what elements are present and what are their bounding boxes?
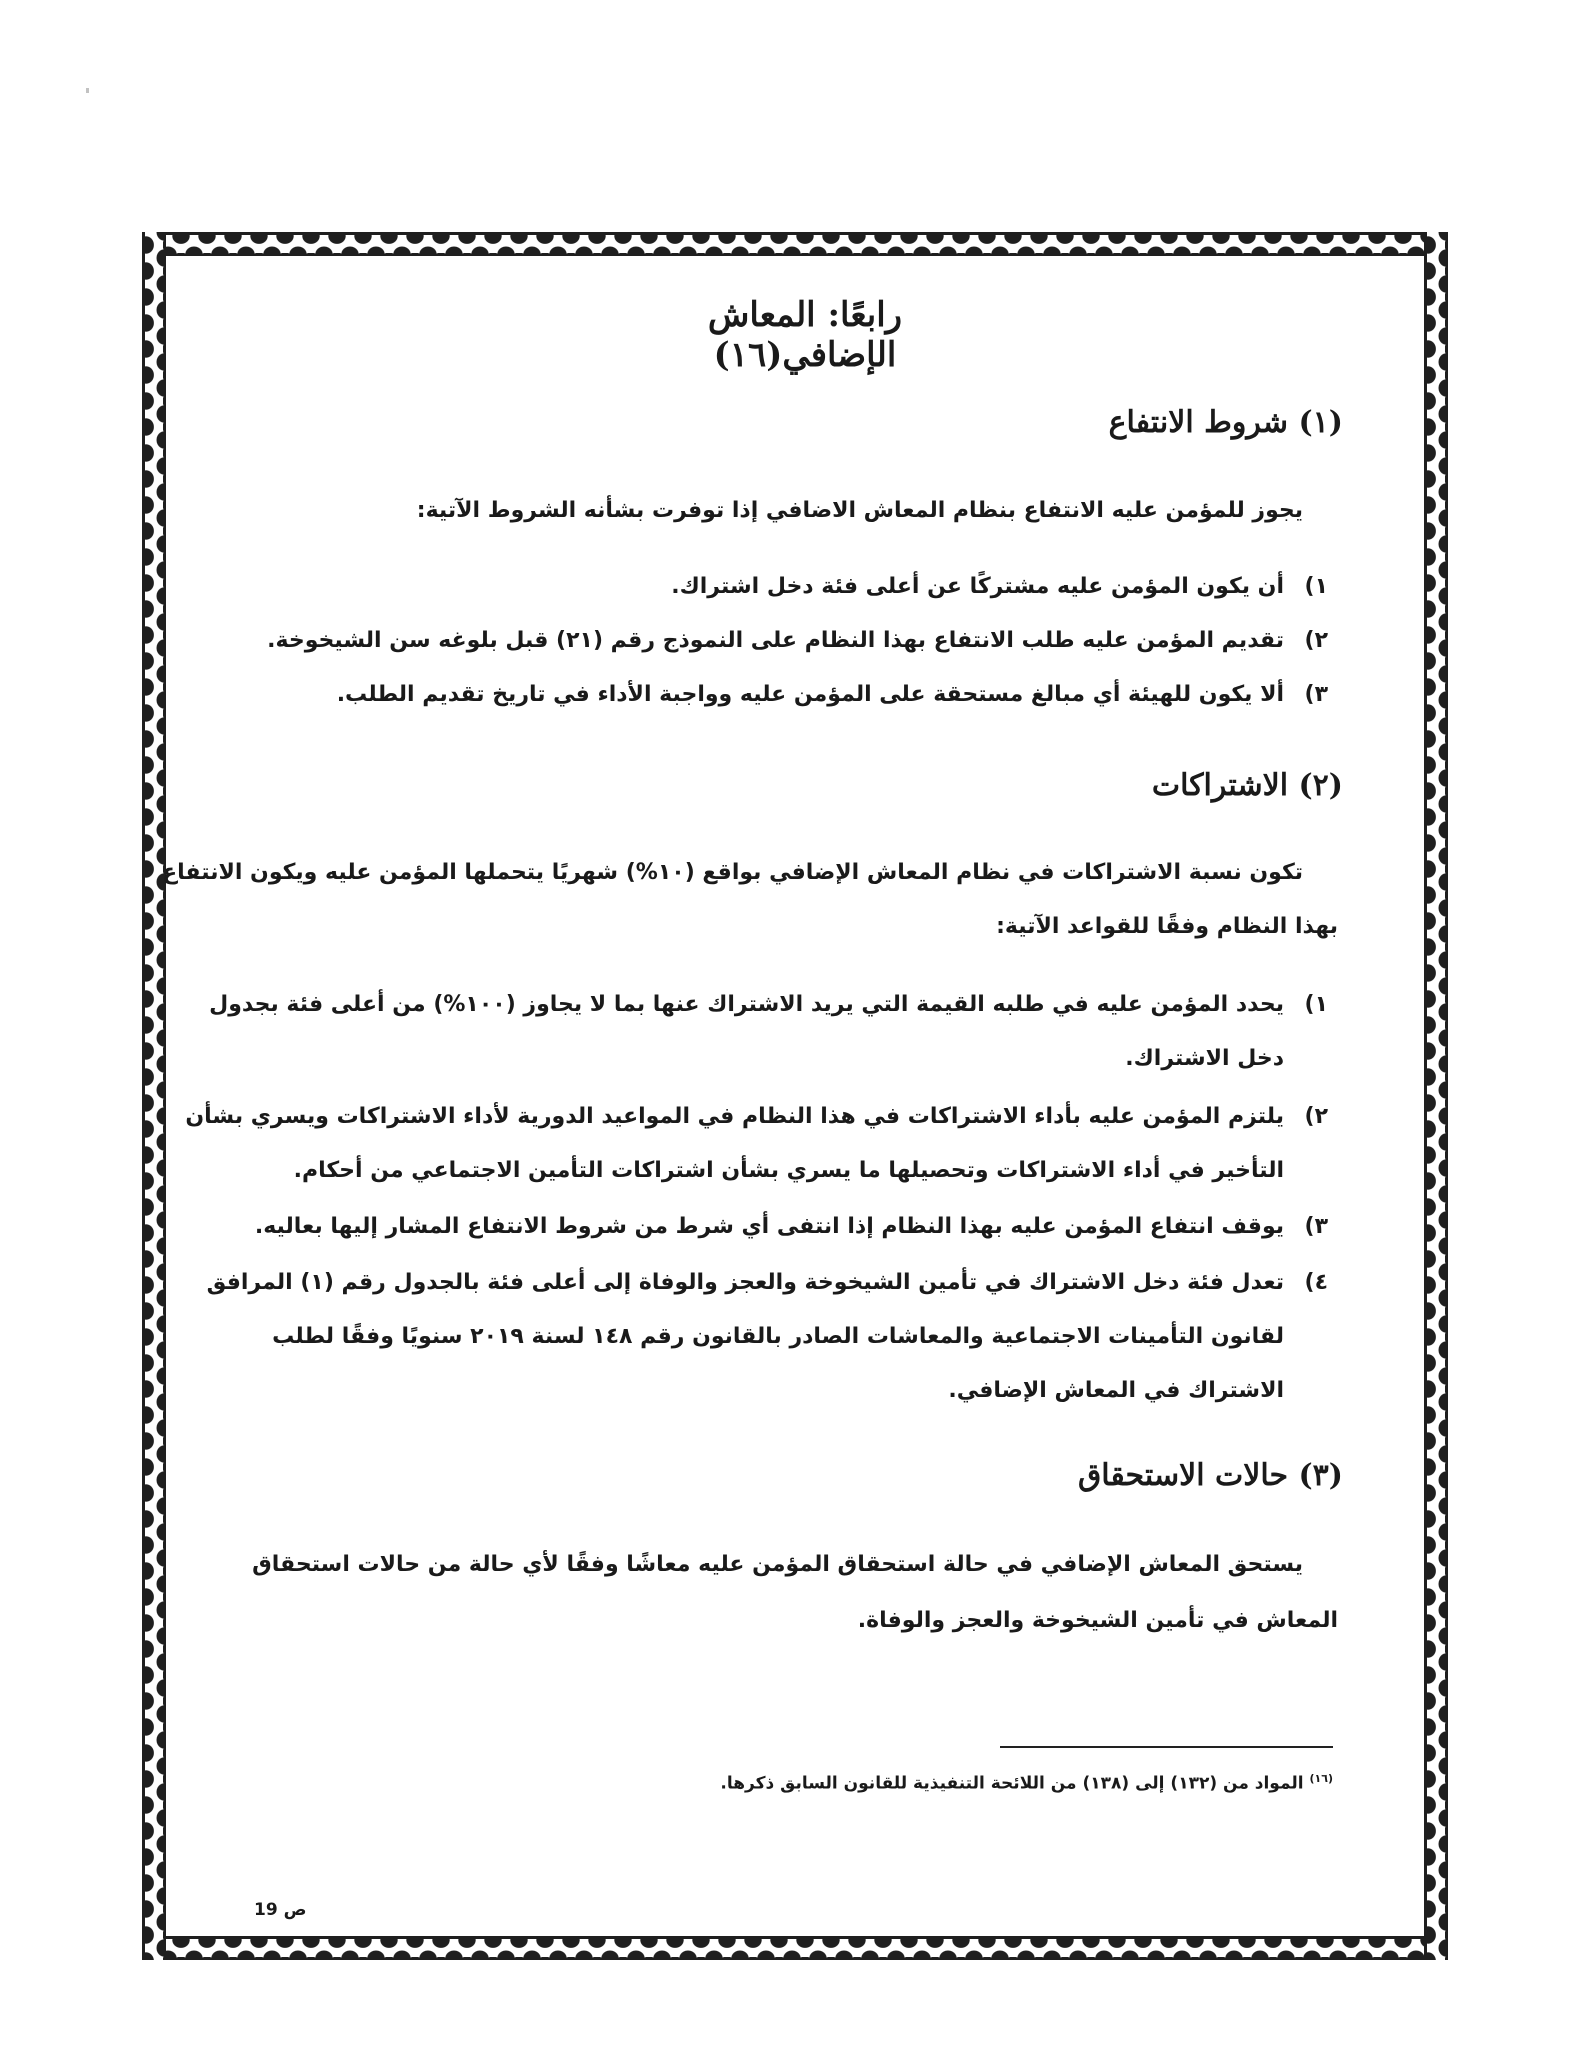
contributions-item-1: ١)يحدد المؤمن عليه في طلبه القيمة التي ي… [209, 978, 1328, 1032]
list-number: ١) [1284, 978, 1328, 1032]
border-left [142, 232, 166, 1960]
scan-speck [86, 88, 89, 93]
list-number: ٣) [1284, 1200, 1328, 1254]
eligibility-item-1: ١)أن يكون المؤمن عليه مشتركًا عن أعلى فئ… [671, 560, 1328, 614]
list-text: يحدد المؤمن عليه في طلبه القيمة التي يري… [209, 992, 1284, 1017]
border-bottom [142, 1936, 1448, 1960]
border-top [142, 232, 1448, 256]
list-text: يلتزم المؤمن عليه بأداء الاشتراكات في هذ… [185, 1104, 1284, 1129]
page-number-value: 19 [254, 1900, 278, 1920]
page-title: رابعًا: المعاش الإضافي(١٦) [640, 295, 970, 375]
entitlement-body-line1: يستحق المعاش الإضافي في حالة استحقاق الم… [252, 1538, 1303, 1592]
list-text: تعدل فئة دخل الاشتراك في تأمين الشيخوخة … [207, 1270, 1284, 1295]
contributions-item-1-cont: دخل الاشتراك. [1125, 1032, 1284, 1086]
contributions-item-4-cont2: الاشتراك في المعاش الإضافي. [948, 1364, 1284, 1418]
contributions-intro-line1: تكون نسبة الاشتراكات في نظام المعاش الإض… [162, 846, 1303, 900]
list-number: ٣) [1284, 668, 1328, 722]
footnote: (١٦) المواد من (١٣٢) إلى (١٣٨) من اللائح… [720, 1772, 1333, 1794]
contributions-item-3: ٣)يوقف انتفاع المؤمن عليه بهذا النظام إذ… [255, 1200, 1328, 1254]
list-text: أن يكون المؤمن عليه مشتركًا عن أعلى فئة … [671, 574, 1284, 599]
contributions-item-4-cont1: لقانون التأمينات الاجتماعية والمعاشات ال… [272, 1310, 1284, 1364]
list-text: يوقف انتفاع المؤمن عليه بهذا النظام إذا … [255, 1214, 1284, 1239]
eligibility-intro: يجوز للمؤمن عليه الانتفاع بنظام المعاش ا… [417, 484, 1303, 538]
list-number: ٢) [1284, 614, 1328, 668]
border-right [1424, 232, 1448, 1960]
contributions-item-2: ٢)يلتزم المؤمن عليه بأداء الاشتراكات في … [185, 1090, 1328, 1144]
contributions-item-4: ٤)تعدل فئة دخل الاشتراك في تأمين الشيخوخ… [207, 1256, 1328, 1310]
eligibility-item-3: ٣)ألا يكون للهيئة أي مبالغ مستحقة على ال… [337, 668, 1328, 722]
section-heading-entitlement: (٣) حالات الاستحقاق [1078, 1458, 1343, 1493]
section-heading-eligibility: (١) شروط الانتفاع [1109, 405, 1343, 440]
contributions-intro-line2: بهذا النظام وفقًا للقواعد الآتية: [996, 900, 1338, 954]
list-text: ألا يكون للهيئة أي مبالغ مستحقة على المؤ… [337, 682, 1284, 707]
page-number: ص 19 [254, 1900, 306, 1920]
eligibility-item-2: ٢)تقديم المؤمن عليه طلب الانتفاع بهذا ال… [267, 614, 1328, 668]
footnote-divider [1000, 1746, 1333, 1748]
list-number: ٤) [1284, 1256, 1328, 1310]
list-text: تقديم المؤمن عليه طلب الانتفاع بهذا النظ… [267, 628, 1284, 653]
section-heading-contributions: (٢) الاشتراكات [1152, 768, 1343, 803]
page-number-label: ص [284, 1900, 307, 1920]
list-number: ١) [1284, 560, 1328, 614]
footnote-text: المواد من (١٣٢) إلى (١٣٨) من اللائحة الت… [720, 1774, 1303, 1794]
footnote-marker: (١٦) [1310, 1772, 1334, 1785]
list-number: ٢) [1284, 1090, 1328, 1144]
entitlement-body-line2: المعاش في تأمين الشيخوخة والعجز والوفاة. [858, 1594, 1338, 1648]
contributions-item-2-cont: التأخير في أداء الاشتراكات وتحصيلها ما ي… [294, 1144, 1284, 1198]
